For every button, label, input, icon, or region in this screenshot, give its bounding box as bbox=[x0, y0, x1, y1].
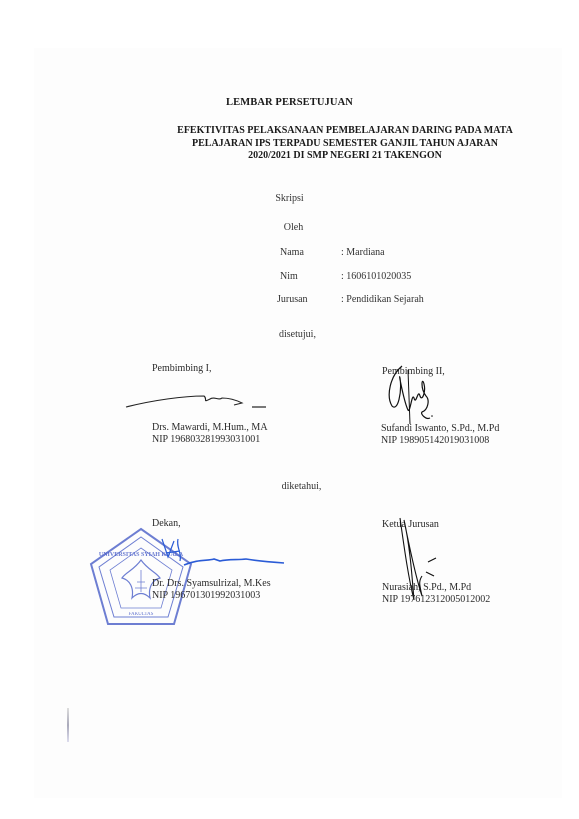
document-type: Skripsi bbox=[0, 193, 579, 204]
identity-value-name: : Mardiana bbox=[341, 247, 385, 258]
thesis-title-line: 2020/2021 DI SMP NEGERI 21 TAKENGON bbox=[150, 150, 540, 163]
advisor1-role: Pembimbing I, bbox=[152, 363, 211, 375]
dean-signature bbox=[158, 535, 288, 575]
identity-label-department: Jurusan bbox=[277, 294, 308, 305]
identity-label-name: Nama bbox=[280, 247, 304, 258]
advisor1-name: Drs. Mawardi, M.Hum., MA bbox=[152, 422, 268, 434]
scan-artifact bbox=[67, 708, 69, 742]
thesis-title-line: EFEKTIVITAS PELAKSANAAN PEMBELAJARAN DAR… bbox=[150, 125, 540, 138]
dean-name-nip: Dr. Drs. Syamsulrizal, M.Kes NIP 1967013… bbox=[152, 578, 271, 601]
page-heading: LEMBAR PERSETUJUAN bbox=[0, 97, 579, 108]
identity-label-nim: Nim bbox=[280, 271, 298, 282]
dean-nip: NIP 196701301992031003 bbox=[152, 590, 271, 602]
advisor1-name-nip: Drs. Mawardi, M.Hum., MA NIP 19680328199… bbox=[152, 422, 268, 445]
advisor2-nip: NIP 198905142019031008 bbox=[381, 435, 499, 447]
head-name-nip: Nurasiah, S.Pd., M.Pd NIP 19761231200501… bbox=[382, 582, 490, 605]
stamp-bottom-text: FAKULTAS bbox=[129, 612, 154, 617]
approved-label: disetujui, bbox=[8, 329, 579, 340]
thesis-title: EFEKTIVITAS PELAKSANAAN PEMBELAJARAN DAR… bbox=[150, 125, 540, 163]
identity-value-nim: : 1606101020035 bbox=[341, 271, 411, 282]
acknowledged-label: diketahui, bbox=[12, 481, 579, 492]
advisor2-name: Sufandi Iswanto, S.Pd., M.Pd bbox=[381, 423, 499, 435]
dean-name: Dr. Drs. Syamsulrizal, M.Kes bbox=[152, 578, 271, 590]
advisor1-signature bbox=[124, 390, 274, 415]
identity-value-department: : Pendidikan Sejarah bbox=[341, 294, 424, 305]
thesis-title-line: PELAJARAN IPS TERPADU SEMESTER GANJIL TA… bbox=[150, 138, 540, 151]
by-label: Oleh bbox=[4, 222, 579, 233]
head-name: Nurasiah, S.Pd., M.Pd bbox=[382, 582, 490, 594]
advisor2-name-nip: Sufandi Iswanto, S.Pd., M.Pd NIP 1989051… bbox=[381, 423, 499, 446]
advisor2-signature bbox=[380, 362, 440, 432]
head-nip: NIP 197612312005012002 bbox=[382, 594, 490, 606]
advisor1-nip: NIP 196803281993031001 bbox=[152, 434, 268, 446]
